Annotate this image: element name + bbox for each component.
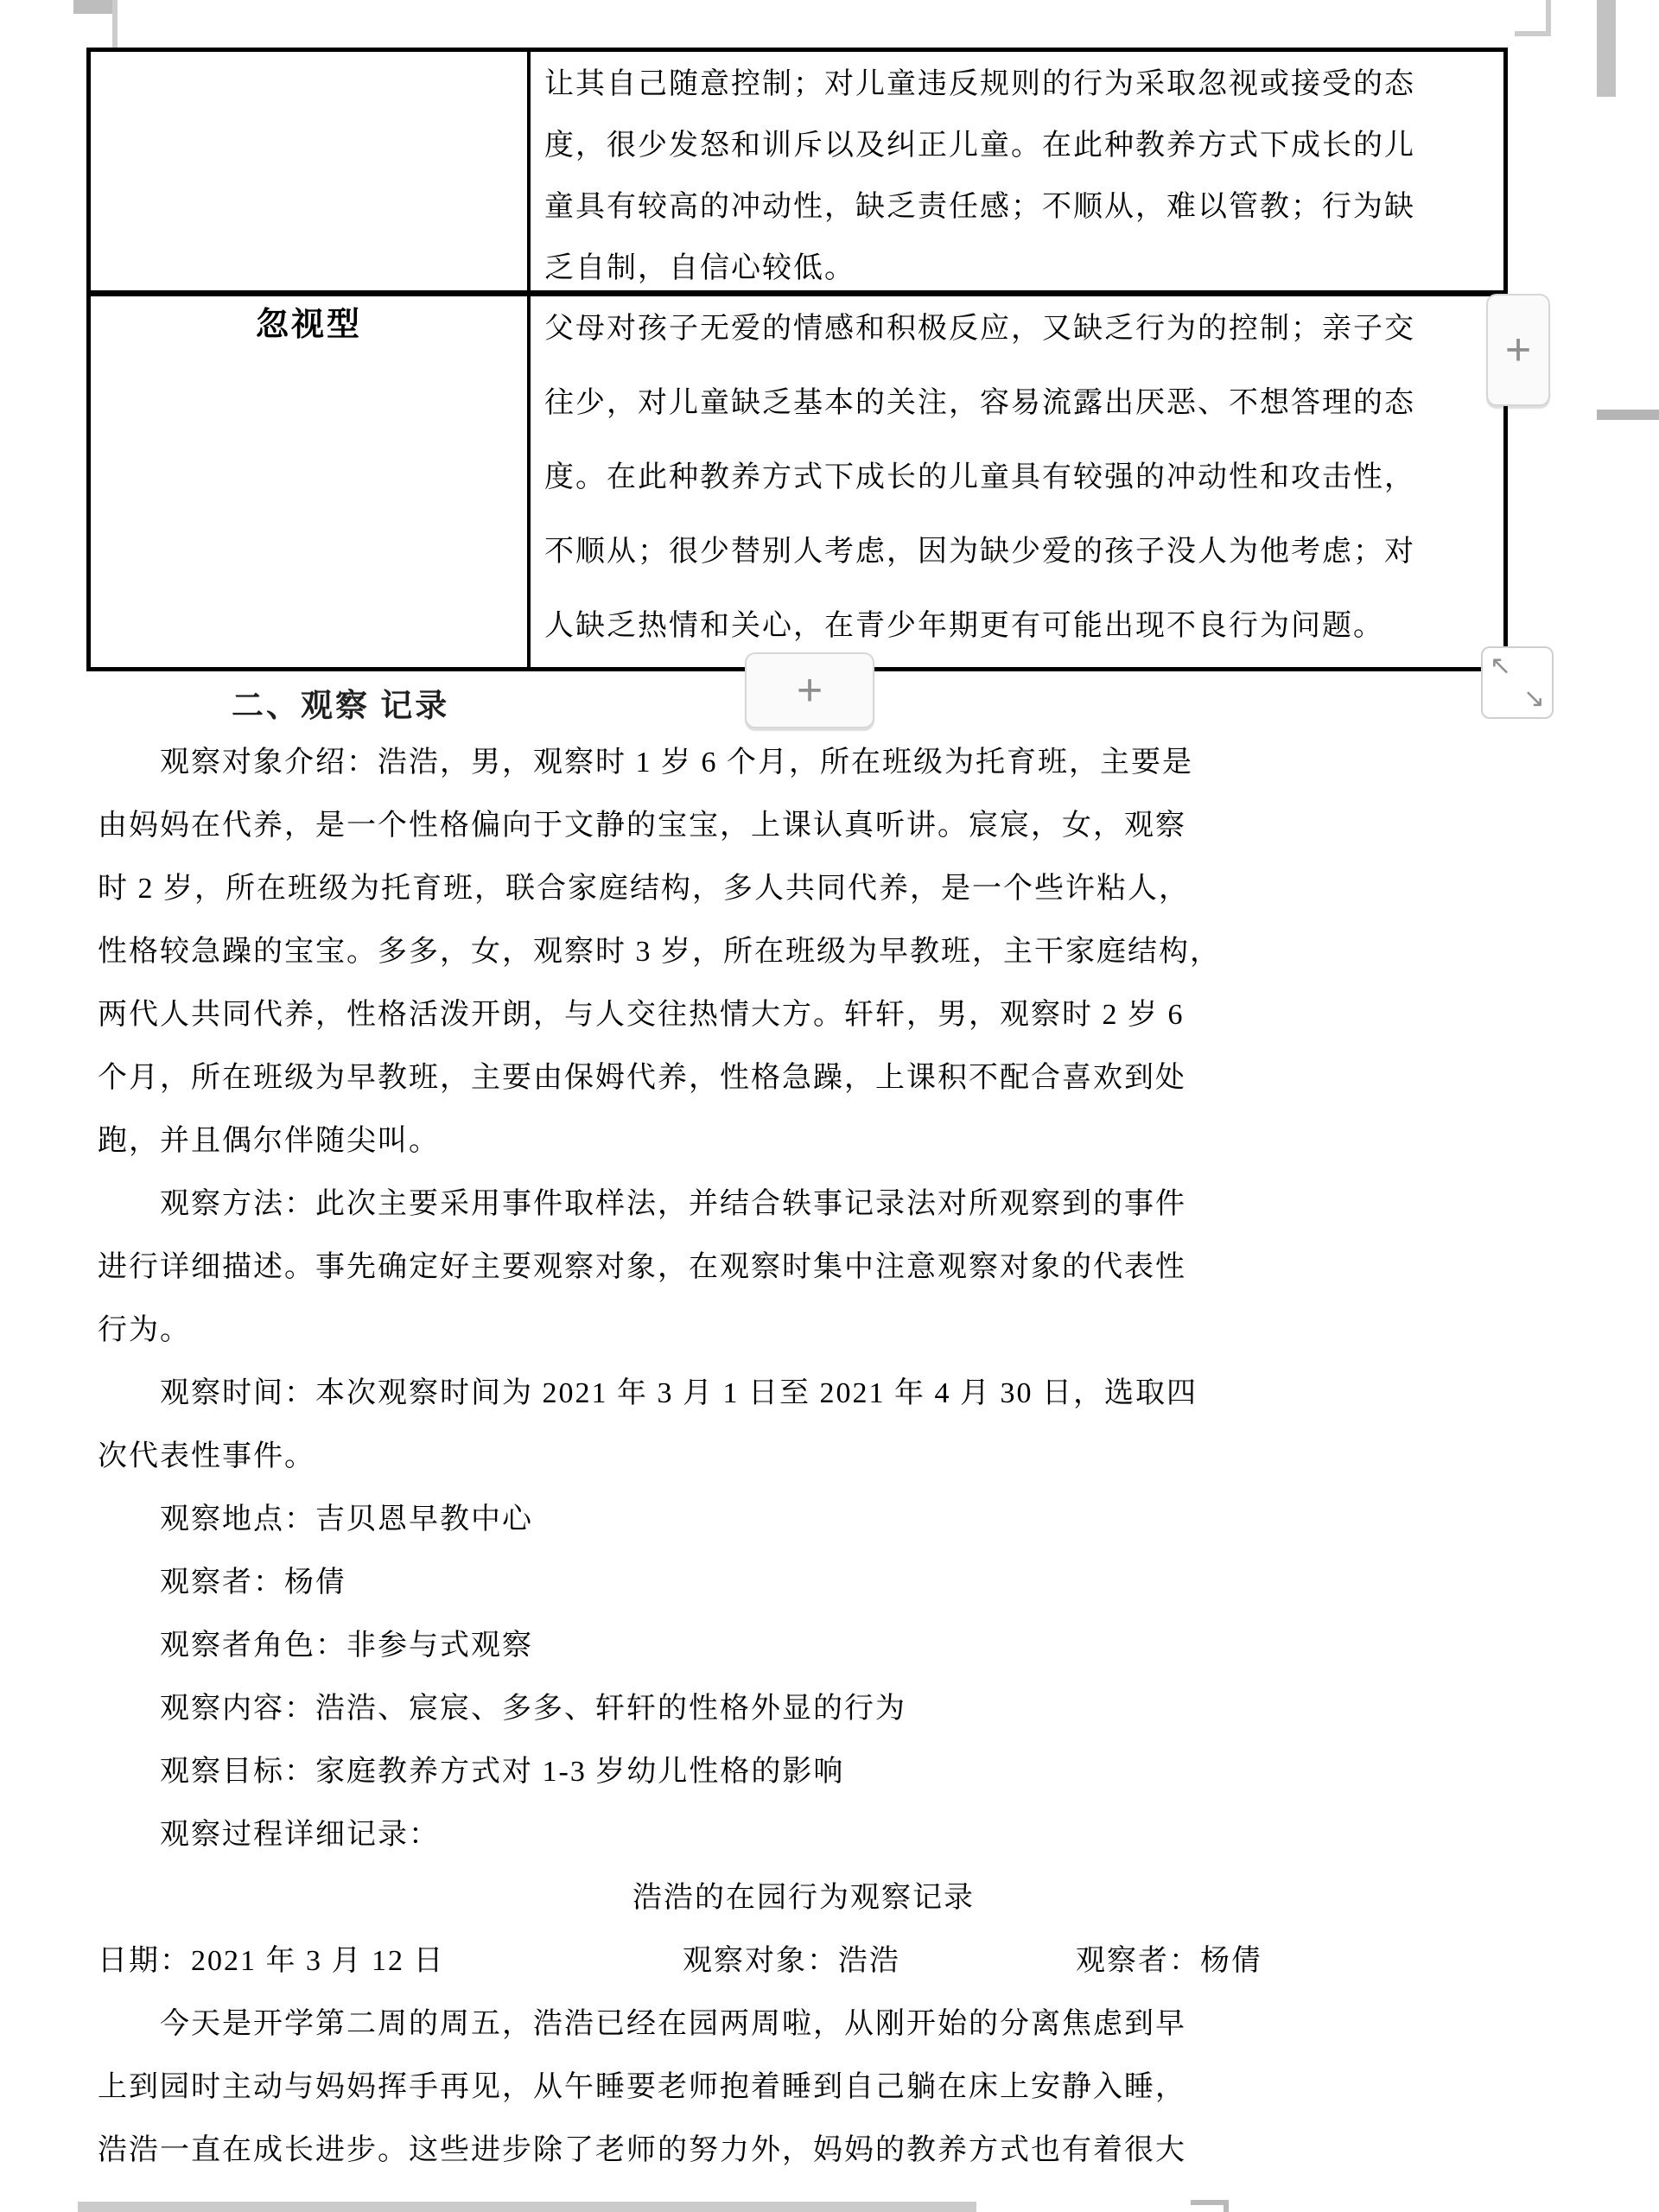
nw-arrow-icon: ↖ — [1490, 653, 1511, 679]
se-arrow-icon: ↘ — [1523, 686, 1545, 712]
paragraph-subjects-intro: 观察对象介绍：浩浩，男，观察时 1 岁 6 个月，所在班级为托育班，主要是 由妈… — [98, 731, 1510, 1173]
table-column-divider — [527, 52, 531, 667]
insert-column-button[interactable]: + — [1486, 294, 1550, 406]
table-row-description: 让其自己随意控制；对儿童违反规则的行为采取忽视或接受的态 度，很少发怒和训斥以及… — [544, 54, 1495, 299]
plus-icon: + — [1505, 324, 1531, 376]
line-observer: 观察者：杨倩 — [98, 1551, 1510, 1614]
page-margin-mark-bottom — [1224, 2200, 1229, 2212]
plus-icon: + — [797, 664, 823, 716]
record-subject: 观察对象：浩浩 — [683, 1929, 900, 1993]
scroll-indicator[interactable] — [1597, 410, 1659, 420]
line-content: 观察内容：浩浩、宸宸、多多、轩轩的性格外显的行为 — [98, 1677, 1510, 1740]
vertical-scrollbar-thumb[interactable] — [1597, 0, 1616, 97]
record-date: 日期：2021 年 3 月 12 日 — [98, 1929, 445, 1993]
document-page: 让其自己随意控制；对儿童违反规则的行为采取忽视或接受的态 度，很少发怒和训斥以及… — [0, 0, 1659, 2212]
parenting-style-table: 让其自己随意控制；对儿童违反规则的行为采取忽视或接受的态 度，很少发怒和训斥以及… — [86, 48, 1508, 671]
record-meta-row: 日期：2021 年 3 月 12 日 观察对象：浩浩 观察者：杨倩 — [98, 1929, 1510, 1993]
section-heading: 二、观察 记录 — [232, 679, 449, 726]
paragraph-method: 观察方法：此次主要采用事件取样法，并结合轶事记录法对所观察到的事件 进行详细描述… — [98, 1173, 1510, 1362]
paragraph-record-body: 今天是开学第二周的周五，浩浩已经在园两周啦，从刚开始的分离焦虑到早 上到园时主动… — [98, 1993, 1510, 2182]
line-observer-role: 观察者角色：非参与式观察 — [98, 1614, 1510, 1677]
table-row-description: 父母对孩子无爱的情感和积极反应，又缺乏行为的控制；亲子交 往少，对儿童缺乏基本的… — [544, 292, 1495, 664]
paragraph-time: 观察时间：本次观察时间为 2021 年 3 月 1 日至 2021 年 4 月 … — [98, 1362, 1510, 1488]
record-title: 浩浩的在园行为观察记录 — [98, 1866, 1510, 1929]
line-process-label: 观察过程详细记录： — [98, 1803, 1510, 1866]
record-observer: 观察者：杨倩 — [1076, 1929, 1262, 1993]
toolbar-fragment — [73, 0, 112, 14]
horizontal-scrollbar-thumb[interactable] — [78, 2202, 976, 2212]
table-row-type-label: 忽视型 — [91, 297, 527, 345]
document-body: 观察对象介绍：浩浩，男，观察时 1 岁 6 个月，所在班级为托育班，主要是 由妈… — [98, 731, 1510, 2182]
page-margin-mark-top-right — [1515, 31, 1551, 36]
line-location: 观察地点：吉贝恩早教中心 — [98, 1488, 1510, 1551]
line-goal: 观察目标：家庭教养方式对 1-3 岁幼儿性格的影响 — [98, 1740, 1510, 1803]
insert-row-button[interactable]: + — [745, 652, 874, 728]
table-resize-handle[interactable]: ↖ ↘ — [1481, 646, 1554, 719]
